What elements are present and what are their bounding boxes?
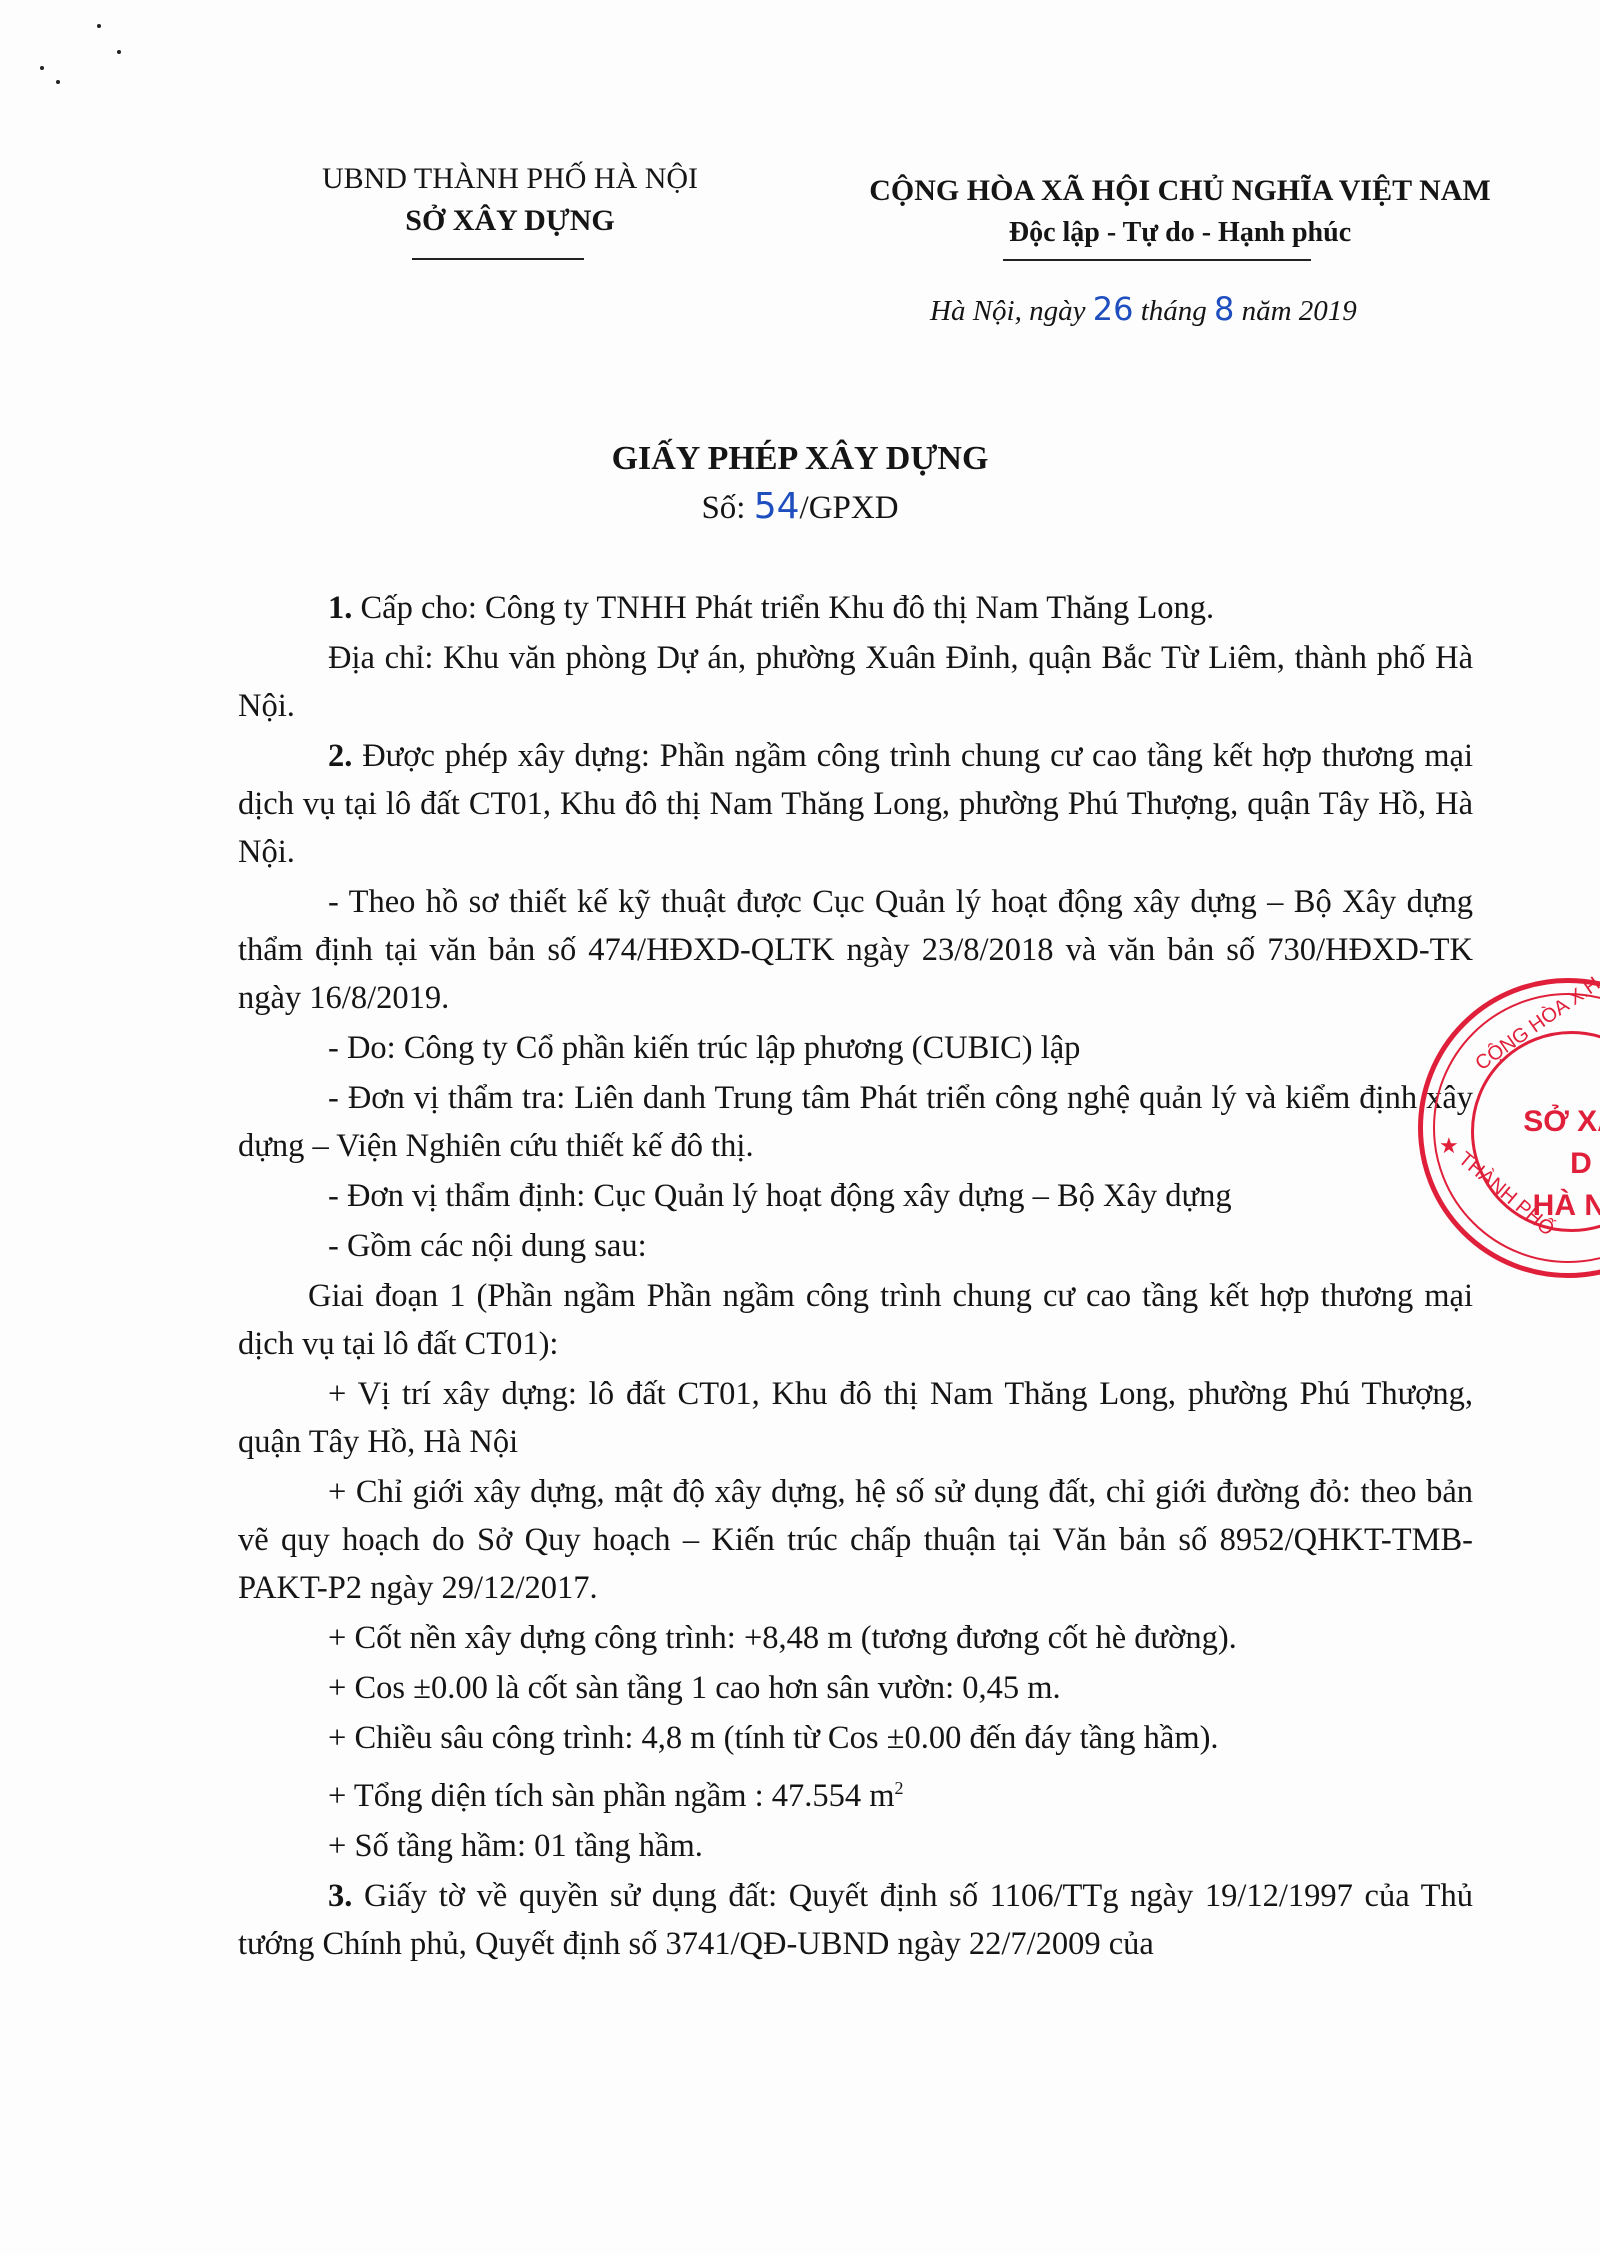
area-unit-exponent: 2 — [895, 1778, 904, 1798]
number-prefix: Số: — [701, 490, 753, 526]
national-header: CỘNG HÒA XÃ HỘI CHỦ NGHĨA VIỆT NAM Độc l… — [830, 170, 1530, 254]
document-number: Số: 54/GPXD — [0, 486, 1600, 527]
section-text: Giấy tờ về quyền sử dụng đất: Quyết định… — [238, 1878, 1473, 1962]
section-label: 3. — [328, 1878, 352, 1914]
list-item: + Chiều sâu công trình: 4,8 m (tính từ C… — [238, 1714, 1473, 1762]
section-label: 1. — [328, 590, 352, 626]
section-1: 1. Cấp cho: Công ty TNHH Phát triển Khu … — [238, 584, 1473, 632]
section-text: Cấp cho: Công ty TNHH Phát triển Khu đô … — [352, 590, 1214, 626]
list-item: - Đơn vị thẩm tra: Liên danh Trung tâm P… — [238, 1074, 1473, 1170]
document-body: 1. Cấp cho: Công ty TNHH Phát triển Khu … — [238, 584, 1473, 1970]
section-label: 2. — [328, 738, 352, 774]
list-item: + Cos ±0.00 là cốt sàn tầng 1 cao hơn sâ… — [238, 1664, 1473, 1712]
scan-speck — [40, 66, 44, 70]
seal-center-text: SỞ XÂY D HÀ NỘ — [1511, 1101, 1600, 1227]
authority-org: UBND THÀNH PHỐ HÀ NỘI — [270, 158, 750, 200]
list-item: - Đơn vị thẩm định: Cục Quản lý hoạt độn… — [238, 1172, 1473, 1220]
issue-date: Hà Nội, ngày 26 tháng 8 năm 2019 — [930, 290, 1357, 328]
list-item: - Do: Công ty Cổ phần kiến trúc lập phươ… — [238, 1024, 1473, 1072]
divider — [1003, 259, 1311, 261]
seal-star-icon: ★ — [1439, 1133, 1459, 1159]
seal-line-1: SỞ XÂY D — [1511, 1101, 1600, 1185]
number-handwritten: 54 — [754, 486, 800, 527]
section-text: Được phép xây dựng: Phần ngầm công trình… — [238, 738, 1473, 870]
section-2: 2. Được phép xây dựng: Phần ngầm công tr… — [238, 732, 1473, 876]
document-title: GIẤY PHÉP XÂY DỰNG — [0, 440, 1600, 478]
date-month-handwritten: 8 — [1214, 290, 1234, 328]
number-suffix: /GPXD — [800, 490, 899, 526]
national-motto: Độc lập - Tự do - Hạnh phúc — [830, 212, 1530, 254]
list-item-area: + Tổng diện tích sàn phần ngầm : 47.554 … — [238, 1764, 1473, 1820]
phase-heading: Giai đoạn 1 (Phần ngầm Phần ngầm công tr… — [238, 1272, 1473, 1368]
scan-speck — [56, 80, 60, 84]
nation-name: CỘNG HÒA XÃ HỘI CHỦ NGHĨA VIỆT NAM — [830, 170, 1530, 212]
date-month-label: tháng — [1133, 295, 1214, 327]
date-prefix: Hà Nội, ngày — [930, 295, 1093, 327]
list-item: + Chỉ giới xây dựng, mật độ xây dựng, hệ… — [238, 1468, 1473, 1612]
divider — [412, 258, 584, 260]
issuing-authority: UBND THÀNH PHỐ HÀ NỘI SỞ XÂY DỰNG — [270, 158, 750, 242]
seal-line-2: HÀ NỘ — [1511, 1185, 1600, 1227]
list-item: + Cốt nền xây dựng công trình: +8,48 m (… — [238, 1614, 1473, 1662]
date-year: năm 2019 — [1234, 295, 1356, 327]
section-1-address: Địa chỉ: Khu văn phòng Dự án, phường Xuâ… — [238, 634, 1473, 730]
list-item: - Gồm các nội dung sau: — [238, 1222, 1473, 1270]
list-item: + Số tầng hầm: 01 tầng hầm. — [238, 1822, 1473, 1870]
list-item: + Vị trí xây dựng: lô đất CT01, Khu đô t… — [238, 1370, 1473, 1466]
scan-speck — [97, 24, 101, 28]
date-day-handwritten: 26 — [1093, 290, 1134, 328]
area-text: + Tổng diện tích sàn phần ngầm : 47.554 … — [328, 1778, 895, 1814]
authority-dept: SỞ XÂY DỰNG — [270, 200, 750, 242]
scan-speck — [117, 50, 121, 54]
list-item: - Theo hồ sơ thiết kế kỹ thuật được Cục … — [238, 878, 1473, 1022]
section-3: 3. Giấy tờ về quyền sử dụng đất: Quyết đ… — [238, 1872, 1473, 1968]
